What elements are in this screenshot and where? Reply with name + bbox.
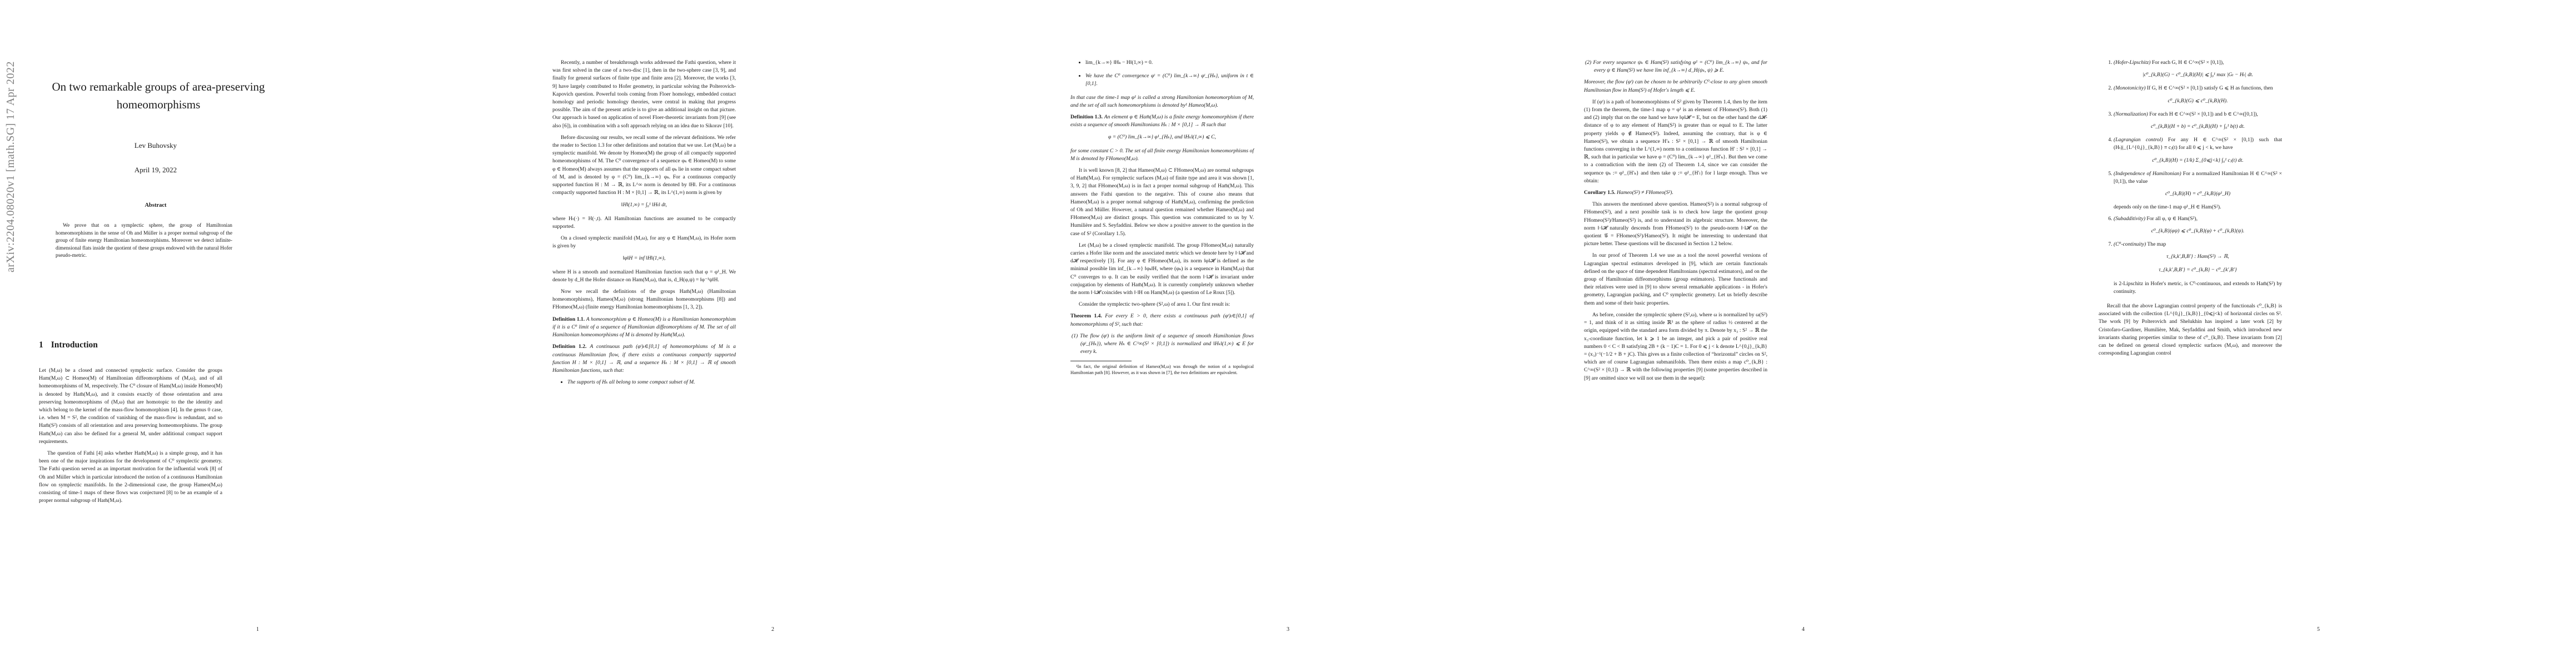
arxiv-stamp-text: arXiv:2204.08020v1 [math.SG] 17 Apr 2022 <box>4 61 17 272</box>
equation: τ_{k,k′,B,B′} : Ham(S²) → ℝ, <box>2114 253 2282 261</box>
list-item: We have the C⁰ convergence φᵗ = (C⁰) lim… <box>1085 72 1254 88</box>
page-5-body: (Hofer-Lipschitz) For each G, H ∈ C^∞(S²… <box>2099 59 2282 361</box>
property-text: For all φ, ψ ∈ Ham(S²), <box>2146 216 2198 222</box>
definition-1-3: Definition 1.3. An element φ ∈ Ham̄(M,ω)… <box>1070 113 1254 129</box>
page-number: 5 <box>2061 626 2576 633</box>
page-number: 2 <box>515 626 1030 633</box>
property-text: For each G, H ∈ C^∞(S² × [0,1]), <box>2152 59 2224 66</box>
paragraph: Recall that the above Lagrangian control… <box>2099 302 2282 357</box>
equation: ‖φ‖H = inf ‖H‖(1,∞), <box>552 255 736 262</box>
paragraph: Consider the symplectic two-sphere (S²,ω… <box>1070 301 1254 308</box>
definition-label: Definition 1.1. <box>552 316 585 322</box>
paper-title: On two remarkable groups of area-preserv… <box>50 78 267 113</box>
page-3-body: lim_{k→∞} ‖Hₖ − H‖(1,∞) = 0. We have the… <box>1070 59 1254 380</box>
page-3: lim_{k→∞} ‖Hₖ − H‖(1,∞) = 0. We have the… <box>1030 0 1546 667</box>
property-item: (Normalization) For each H ∈ C^∞(S² × [0… <box>2114 111 2282 131</box>
property-item: (Lagrangian control) For any H ∈ C^∞(S² … <box>2114 136 2282 165</box>
equation: φ = (C⁰) lim_{k→∞} φ¹_{Hₖ}, and ‖Hₖ‖(1,∞… <box>1070 133 1254 141</box>
property-item: (Monotonicity) If G, H ∈ C^∞(S² × [0,1])… <box>2114 84 2282 104</box>
section-number: 1 <box>39 340 43 350</box>
page-5: (Hofer-Lipschitz) For each G, H ∈ C^∞(S²… <box>2061 0 2576 667</box>
corollary-label: Corollary 1.5. <box>1584 190 1616 196</box>
property-text: is 2-Lipschitz in Hofer's metric, is C⁰-… <box>2114 280 2282 296</box>
paragraph: for some constant C > 0. The set of all … <box>1070 147 1254 163</box>
theorem-item-2: (2) For every sequence ψₖ ∈ Ham(S²) sati… <box>1584 59 1767 74</box>
paragraph: In that case the time-1 map φ¹ is called… <box>1070 94 1254 109</box>
equation: c⁰_{k,B}(G) ⩽ c⁰_{k,B}(H). <box>2114 97 2282 105</box>
definition-1-2: Definition 1.2. A continuous path (φᵗ)ₜ∈… <box>552 343 736 375</box>
section-title: Introduction <box>51 340 98 350</box>
equation: ‖H‖(1,∞) = ∫₀¹ ‖Hₜ‖ dt, <box>552 201 736 209</box>
equation: c⁰_{k,B}(H) = c⁰_{k,B}(φ¹_H) <box>2114 190 2282 198</box>
paragraph: Before discussing our results, we recall… <box>552 134 736 197</box>
page-4-body: (2) For every sequence ψₖ ∈ Ham(S²) sati… <box>1584 59 1767 386</box>
paragraph: As before, consider the symplectic spher… <box>1584 311 1767 382</box>
paragraph: It is well known [8, 2] that Hameo(M,ω) … <box>1070 167 1254 238</box>
property-item: (Subadditivity) For all φ, ψ ∈ Ham(S²), … <box>2114 215 2282 235</box>
abstract-heading: Abstract <box>50 202 261 208</box>
property-name: (Lagrangian control) <box>2114 137 2163 143</box>
property-name: (Subadditivity) <box>2114 216 2145 222</box>
page-1: arXiv:2204.08020v1 [math.SG] 17 Apr 2022… <box>0 0 515 667</box>
section-heading: 1Introduction <box>39 340 98 350</box>
equation: c⁰_{k,B}(φψ) ⩽ c⁰_{k,B}(φ) + c⁰_{k,B}(ψ)… <box>2114 227 2282 235</box>
paragraph: Moreover, the flow (φᵗ) can be chosen to… <box>1584 78 1767 94</box>
paragraph: On a closed symplectic manifold (M,ω), f… <box>552 235 736 250</box>
equation: |c⁰_{k,B}(G) − c⁰_{k,B}(H)| ⩽ ∫₀¹ max |G… <box>2114 71 2282 79</box>
theorem-item-1: (1) The flow (φᵗ) is the uniform limit o… <box>1070 332 1254 356</box>
property-item: (Hofer-Lipschitz) For each G, H ∈ C^∞(S²… <box>2114 59 2282 79</box>
property-name: (Monotonicity) <box>2114 85 2146 91</box>
definition-conditions-cont: lim_{k→∞} ‖Hₖ − H‖(1,∞) = 0. We have the… <box>1070 59 1254 88</box>
corollary-text: Hameo(S²) ≠ FHomeo(S²). <box>1617 190 1673 196</box>
paragraph: Now we recall the definitions of the gro… <box>552 288 736 312</box>
paragraph: where H is a smooth and normalized Hamil… <box>552 268 736 284</box>
footnote-rule <box>1070 361 1132 361</box>
definition-label: Definition 1.2. <box>552 344 586 350</box>
page-number: 4 <box>1546 626 2061 633</box>
property-name: (Hofer-Lipschitz) <box>2114 59 2150 66</box>
page-number: 1 <box>0 626 515 633</box>
property-text: If G, H ∈ C^∞(S² × [0,1]) satisfy G ⩽ H … <box>2147 85 2273 91</box>
corollary-1-5: Corollary 1.5. Hameo(S²) ≠ FHomeo(S²). <box>1584 189 1767 197</box>
property-name: (Normalization) <box>2114 111 2148 117</box>
list-item: lim_{k→∞} ‖Hₖ − H‖(1,∞) = 0. <box>1085 59 1254 67</box>
property-name: (Independence of Hamiltonian) <box>2114 171 2181 177</box>
property-text: The map <box>2147 241 2166 247</box>
equation: c⁰_{k,B}(H + b) = c⁰_{k,B}(H) + ∫₀¹ b(t)… <box>2114 123 2282 131</box>
equation: τ_{k,k′,B,B′} = c⁰_{k,B} − c⁰_{k′,B′} <box>2114 266 2282 274</box>
page-2: Recently, a number of breakthrough works… <box>515 0 1030 667</box>
author-name: Lev Buhovsky <box>50 141 261 150</box>
page-4: (2) For every sequence ψₖ ∈ Ham(S²) sati… <box>1546 0 2061 667</box>
paragraph: Let (M,ω) be a closed symplectic manifol… <box>1070 242 1254 297</box>
paragraph: This answers the mentioned above questio… <box>1584 201 1767 248</box>
definition-conditions: The supports of Hₖ all belong to some co… <box>552 379 736 386</box>
paragraph: In our proof of Theorem 1.4 we use as a … <box>1584 252 1767 307</box>
property-text: depends only on the time-1 map φ¹_H ∈ Ha… <box>2114 203 2282 211</box>
theorem-1-4: Theorem 1.4. For every E > 0, there exis… <box>1070 312 1254 328</box>
definition-label: Definition 1.3. <box>1070 114 1103 120</box>
theorem-label: Theorem 1.4. <box>1070 313 1102 319</box>
property-text: For each H ∈ C^∞(S² × [0,1]) and b ∈ C^∞… <box>2149 111 2258 117</box>
property-item: (Independence of Hamiltonian) For a norm… <box>2114 170 2282 212</box>
properties-list: (Hofer-Lipschitz) For each G, H ∈ C^∞(S²… <box>2099 59 2282 296</box>
abstract-text: We prove that on a symplectic sphere, th… <box>56 222 232 260</box>
paragraph: Recently, a number of breakthrough works… <box>552 59 736 130</box>
property-item: (C⁰-continuity) The map τ_{k,k′,B,B′} : … <box>2114 241 2282 296</box>
page-number: 3 <box>1030 626 1546 633</box>
property-name: (C⁰-continuity) <box>2114 241 2146 247</box>
definition-1-1: Definition 1.1. A homeomorphism φ ∈ Home… <box>552 316 736 340</box>
equation: c⁰_{k,B}(H) = (1/k) Σ_{0⩽j<k} ∫₀¹ cⱼ(t) … <box>2114 157 2282 165</box>
paragraph: If (φᵗ) is a path of homeomorphisms of S… <box>1584 98 1767 185</box>
page-2-body: Recently, a number of breakthrough works… <box>552 59 736 392</box>
footnote: ¹In fact, the original definition of Ham… <box>1070 364 1254 376</box>
intro-paragraph-1: Let (M,ω) be a closed and connected symp… <box>39 367 222 446</box>
intro-paragraph-2: The question of Fathi [4] asks whether H… <box>39 450 222 505</box>
paper-date: April 19, 2022 <box>50 166 261 175</box>
list-item: The supports of Hₖ all belong to some co… <box>567 379 736 386</box>
paragraph: where Hₜ(·) = H(·,t). All Hamiltonian fu… <box>552 215 736 231</box>
page-1-body: Let (M,ω) be a closed and connected symp… <box>39 367 222 509</box>
